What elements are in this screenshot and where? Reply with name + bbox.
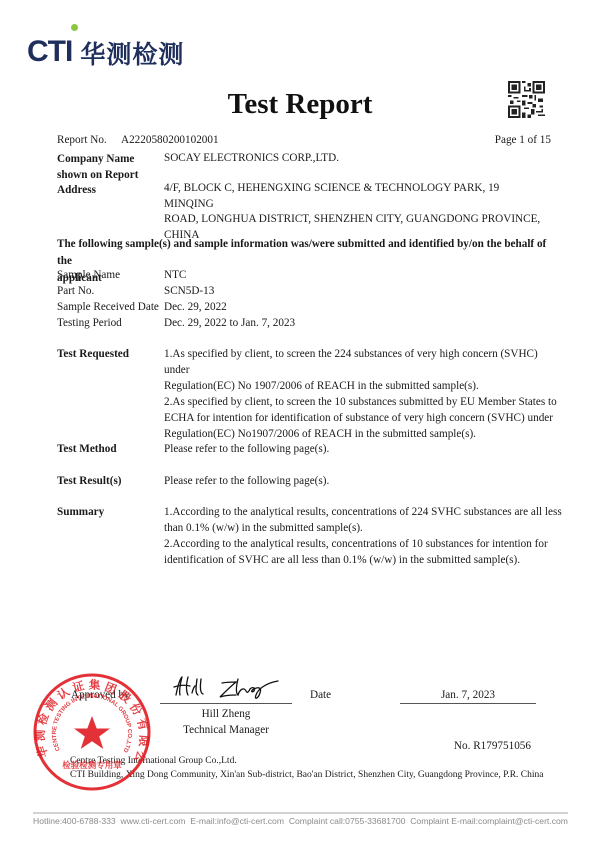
summary-line: identification of SVHC are all less than… [164,552,564,568]
footer-complaint-email-link[interactable]: Complaint E-mail:complaint@cti-cert.com [410,816,568,826]
stamp-bottom-text: 检验检测专用章 [62,760,122,771]
summary-value: 1.According to the analytical results, c… [164,504,564,568]
approval-date: Jan. 7, 2023 [400,687,536,703]
footer-hotline: Hotline:400-6788-333 [33,816,116,826]
test-requested-line: 2.As specified by client, to screen the … [164,394,564,410]
part-no-label: Part No. [57,283,159,299]
signature-line [160,703,292,704]
certificate-number: No. R179751056 [454,738,531,754]
test-requested-line: 1.As specified by client, to screen the … [164,346,564,378]
test-method-value: Please refer to the following page(s). [164,441,544,457]
received-date-value: Dec. 29, 2022 [164,299,295,315]
testing-period-label: Testing Period [57,315,159,331]
logo-dot-icon [71,24,78,31]
footer-complaint-call: Complaint call:0755-33681700 [289,816,406,826]
footer-website-link[interactable]: www.cti-cert.com [120,816,185,826]
footer-email-link[interactable]: E-mail:info@cti-cert.com [190,816,284,826]
official-seal-stamp: 华测检测认证集团股份有限公司 CENTRE TESTING INTERNATIO… [32,672,152,792]
test-results-value: Please refer to the following page(s). [164,473,544,489]
page-indicator: Page 1 of 15 [495,132,551,148]
approver-name: Hill Zheng [160,706,292,722]
test-requested-line: Regulation(EC) No1907/2006 of REACH in t… [164,426,564,442]
qr-code-icon [508,81,545,118]
part-no-value: SCN5D-13 [164,283,295,299]
summary-line: than 0.1% (w/w) in the submitted sample(… [164,520,564,536]
test-method-label: Test Method [57,441,117,457]
test-requested-line: Regulation(EC) No 1907/2006 of REACH in … [164,378,564,394]
logo-chinese: 华测检测 [80,42,184,67]
report-no-label: Report No. [57,132,107,148]
sample-info-values: NTC SCN5D-13 Dec. 29, 2022 Dec. 29, 2022… [164,267,295,331]
footer: Hotline:400-6788-333 www.cti-cert.com E-… [33,816,568,826]
company-name-label-2: shown on Report [57,167,138,183]
signature-image [170,673,285,701]
date-label: Date [310,687,331,703]
address-line: 4/F, BLOCK C, HEHENGXING SCIENCE & TECHN… [164,181,544,212]
summary-line: 1.According to the analytical results, c… [164,504,564,520]
sample-name-value: NTC [164,267,295,283]
cti-logo: CTI 华测检测 [27,27,184,67]
test-requested-label: Test Requested [57,346,129,362]
sample-intro-line: The following sample(s) and sample infor… [57,236,557,270]
logo-latin: CTI [27,37,72,67]
report-no-value: A2220580200102001 [121,132,219,148]
summary-label: Summary [57,504,104,520]
date-line [400,703,536,704]
summary-line: 2.According to the analytical results, c… [164,536,564,552]
star-icon [74,716,110,749]
company-name-label-1: Company Name [57,151,134,167]
approver-role: Technical Manager [160,722,292,738]
test-requested-line: ECHA for intention for identification of… [164,410,564,426]
testing-period-value: Dec. 29, 2022 to Jan. 7, 2023 [164,315,295,331]
received-date-label: Sample Received Date [57,299,159,315]
sample-name-label: Sample Name [57,267,159,283]
address-label: Address [57,182,96,198]
address-value: 4/F, BLOCK C, HEHENGXING SCIENCE & TECHN… [164,181,544,243]
footer-divider [33,812,568,814]
test-results-label: Test Result(s) [57,473,122,489]
company-name-value: SOCAY ELECTRONICS CORP.,LTD. [164,150,544,166]
test-requested-value: 1.As specified by client, to screen the … [164,346,564,442]
sample-info-labels: Sample Name Part No. Sample Received Dat… [57,267,159,331]
address-line: ROAD, LONGHUA DISTRICT, SHENZHEN CITY, G… [164,212,544,228]
